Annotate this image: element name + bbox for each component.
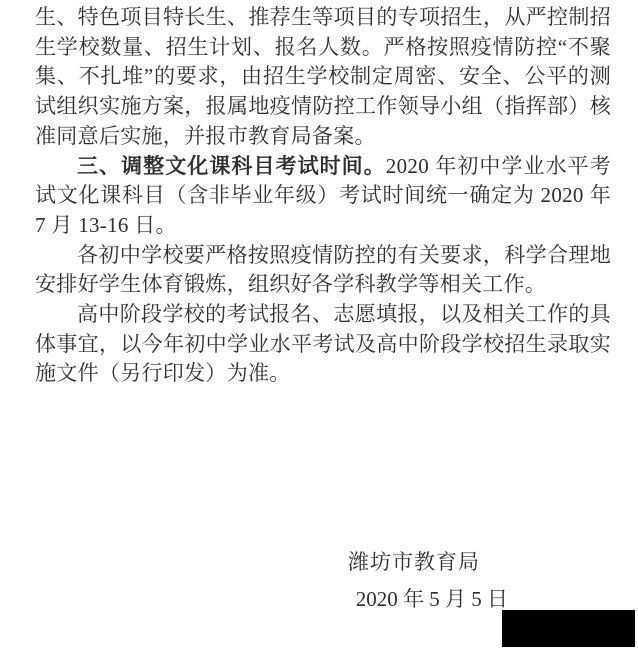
paragraph-middle-schools: 各初中学校要严格按照疫情防控的有关要求，科学合理地安排好学生体育锻炼，组织好各学…: [35, 241, 611, 300]
paragraph-text: 生、特色项目特长生、推荐生等项目的专项招生，从严控制招生学校数量、招生计划、报名…: [35, 5, 611, 148]
paragraph-high-schools: 高中阶段学校的考试报名、志愿填报，以及相关工作的具体事宜，以今年初中学业水平考试…: [35, 300, 611, 389]
paragraph-text: 高中阶段学校的考试报名、志愿填报，以及相关工作的具体事宜，以今年初中学业水平考试…: [35, 302, 611, 385]
paragraph-section-3: 三、调整文化课科目考试时间。2020 年初中学业水平考试文化课科目（含非毕业年级…: [35, 152, 611, 241]
section-heading: 三、调整文化课科目考试时间。: [77, 155, 386, 178]
paragraph-text: 各初中学校要严格按照疫情防控的有关要求，科学合理地安排好学生体育锻炼，组织好各学…: [35, 243, 611, 297]
document-body: 生、特色项目特长生、推荐生等项目的专项招生，从严控制招生学校数量、招生计划、报名…: [35, 3, 611, 389]
paragraph-continuation: 生、特色项目特长生、推荐生等项目的专项招生，从严控制招生学校数量、招生计划、报名…: [35, 3, 611, 152]
signature-date: 2020 年 5 月 5 日: [356, 587, 508, 611]
document-page: 生、特色项目特长生、推荐生等项目的专项招生，从严控制招生学校数量、招生计划、报名…: [0, 0, 638, 649]
redaction-block: [502, 610, 635, 647]
issuer-signature: 潍坊市教育局: [348, 550, 480, 574]
